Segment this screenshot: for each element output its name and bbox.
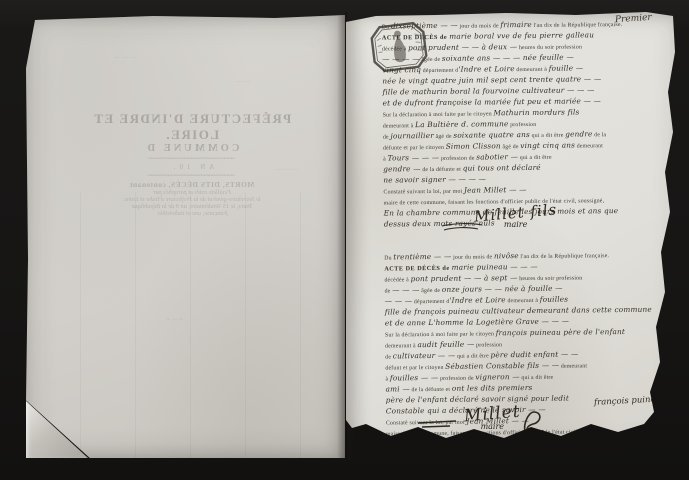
handwritten-text: journaillier [390,131,434,140]
signature-dash-flourish [416,420,462,430]
signature-flourish [440,222,484,232]
ghost-mark: — — — [276,165,298,173]
printed-text: demeurant [559,363,587,369]
handwritten-text: vingt cinq [382,65,421,74]
handwritten-text: En la chambre commune de fouilles les jo… [386,437,582,448]
handwritten-text: nivôse [494,251,519,260]
bleed-secretaire-line: le Secrétaire-général de la Préfecture d… [66,196,318,203]
handwritten-text: — — — — [382,54,420,63]
death-record: Du dixseptième — — jour du mois de frima… [382,17,670,229]
handwritten-text: françois puineau père de l'enfant [496,327,625,337]
handwritten-text: — — — [392,285,420,294]
signature-block-1: Millet fils maire [474,204,557,229]
handwritten-text: qui tous ont déclaré [463,163,541,173]
ghost-mark: — — [236,77,250,85]
handwritten-text: vingt cinq ans [520,140,575,150]
scanned-register-spread: PRÉFECTURE D'INDRE ET LOIRE. COMMUNE D ~… [0,0,689,480]
handwritten-text: fouille — [549,63,584,72]
handwritten-text: vigneron — [475,372,519,381]
handwritten-text: gendre [565,129,592,138]
bleed-wavy-rule: ~~~~~~~~~~~~~~~~~~~~~~~~~~ [66,154,318,163]
bleed-morts-subtitle: MORTS, DITS DÉCÈS, contenant [66,180,318,189]
right-page: Premier Du dixseptième — — jour du mois … [346,12,678,448]
column-ruling-bleed [26,192,345,458]
printed-text: demeurant [575,143,603,149]
record-line: et an que dessus [386,445,672,459]
ghost-mark: — — — [114,53,136,61]
handwritten-text: Mathurin mordurs fils [493,107,579,117]
handwritten-text: frimaire [500,20,532,29]
bleed-tours-line: Tours, le 15 Vendémiaire, an 9 de la Rép… [66,203,318,210]
left-page: PRÉFECTURE D'INDRE ET LOIRE. COMMUNE D ~… [26,15,345,458]
bleedthrough-block: PRÉFECTURE D'INDRE ET LOIRE. COMMUNE D ~… [66,111,318,217]
handwritten-text: gendre — [383,164,420,173]
handwritten-text: — — — [385,296,413,305]
handwritten-text: fouilles [540,295,569,304]
records: Du dixseptième — — jour du mois de frima… [382,17,673,460]
ghost-mark: ~ ~ ~ [166,315,183,324]
signature-block-2: Millet maire [464,404,521,431]
handwritten-text: sabotier — [476,152,518,161]
signature-paraph [520,408,546,438]
record-line: En la chambre commune de fouilles les jo… [386,434,672,448]
bleed-prefecture-heading: PRÉFECTURE D'INDRE ET LOIRE. [66,111,318,143]
handwritten-text: ami — [386,384,410,393]
handwritten-text: et an que dessus [386,450,451,460]
bleed-feuillets-line: Feuillets cotés et paraphés par [66,189,318,196]
bleed-commune-line: COMMUNE D [66,143,318,154]
bleed-tours-line2: française, une et indivisible. [66,210,318,217]
